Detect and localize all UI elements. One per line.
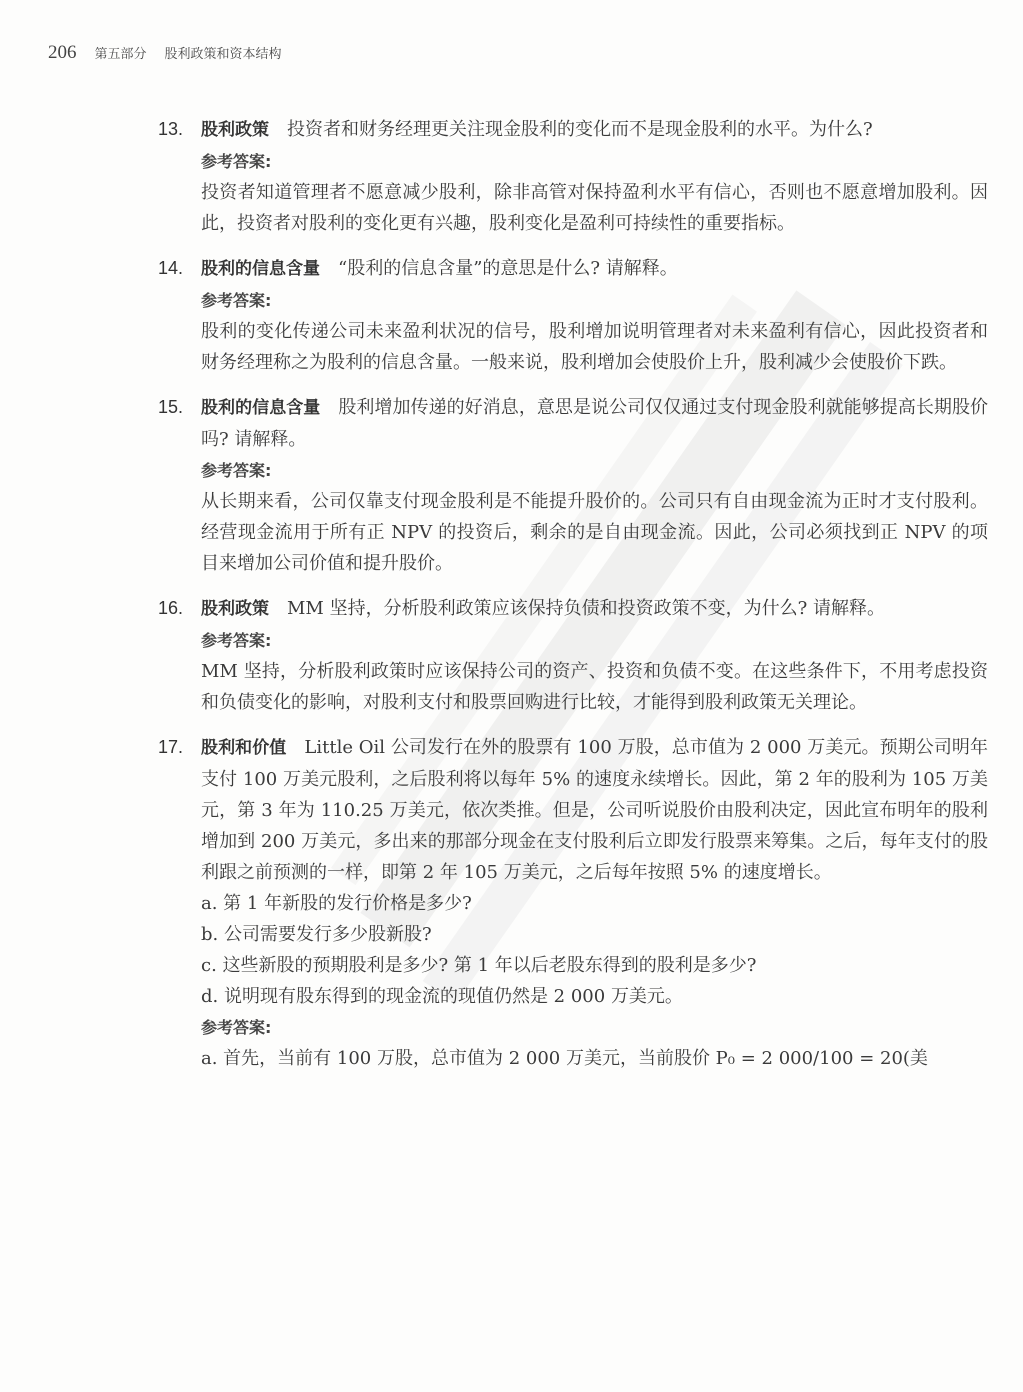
page-content: 13. 股利政策投资者和财务经理更关注现金股利的变化而不是现金股利的水平。为什么…	[158, 114, 988, 1088]
question-number: 13.	[158, 114, 201, 146]
answer-label: 参考答案:	[201, 625, 988, 656]
question-15: 15. 股利的信息含量股利增加传递的好消息，意思是说公司仅仅通过支付现金股利就能…	[158, 392, 988, 579]
question-title: 股利政策	[201, 599, 269, 619]
question-16: 16. 股利政策MM 坚持，分析股利政策应该保持负债和投资政策不变，为什么? 请…	[158, 593, 988, 718]
answer-label: 参考答案:	[201, 1012, 988, 1043]
answer-label: 参考答案:	[201, 455, 988, 486]
question-title: 股利政策	[201, 120, 269, 140]
question-text: “股利的信息含量”的意思是什么? 请解释。	[338, 258, 678, 279]
chapter-title: 股利政策和资本结构	[165, 43, 282, 62]
page-number: 206	[48, 42, 77, 64]
question-number: 17.	[158, 732, 201, 888]
question-13: 13. 股利政策投资者和财务经理更关注现金股利的变化而不是现金股利的水平。为什么…	[158, 114, 988, 239]
running-header: 206 第五部分 股利政策和资本结构	[48, 42, 282, 64]
part-title: 第五部分	[95, 43, 147, 62]
sub-question-a: a. 第 1 年新股的发行价格是多少?	[201, 888, 988, 919]
answer-label: 参考答案:	[201, 146, 988, 177]
question-14: 14. 股利的信息含量“股利的信息含量”的意思是什么? 请解释。 参考答案: 股…	[158, 253, 988, 378]
sub-question-c: c. 这些新股的预期股利是多少? 第 1 年以后老股东得到的股利是多少?	[201, 950, 988, 981]
answer-text: 从长期来看，公司仅靠支付现金股利是不能提升股价的。公司只有自由现金流为正时才支付…	[201, 486, 988, 579]
question-title: 股利的信息含量	[201, 398, 320, 418]
answer-text: MM 坚持，分析股利政策时应该保持公司的资产、投资和负债不变。在这些条件下，不用…	[201, 656, 988, 718]
answer-text-a: a. 首先，当前有 100 万股，总市值为 2 000 万美元，当前股价 P₀ …	[201, 1043, 988, 1074]
question-text: Little Oil 公司发行在外的股票有 100 万股，总市值为 2 000 …	[201, 737, 988, 883]
answer-text: 股利的变化传递公司未来盈利状况的信号，股利增加说明管理者对未来盈利有信心，因此投…	[201, 316, 988, 378]
question-17: 17. 股利和价值Little Oil 公司发行在外的股票有 100 万股，总市…	[158, 732, 988, 1074]
question-number: 16.	[158, 593, 201, 625]
sub-question-b: b. 公司需要发行多少股新股?	[201, 919, 988, 950]
answer-text: 投资者知道管理者不愿意减少股利，除非高管对保持盈利水平有信心，否则也不愿意增加股…	[201, 177, 988, 239]
question-text: 投资者和财务经理更关注现金股利的变化而不是现金股利的水平。为什么?	[287, 119, 873, 140]
question-number: 14.	[158, 253, 201, 285]
question-title: 股利和价值	[201, 738, 286, 758]
sub-question-d: d. 说明现有股东得到的现金流的现值仍然是 2 000 万美元。	[201, 981, 988, 1012]
question-text: MM 坚持，分析股利政策应该保持负债和投资政策不变，为什么? 请解释。	[287, 598, 885, 619]
question-title: 股利的信息含量	[201, 259, 320, 279]
question-number: 15.	[158, 392, 201, 455]
answer-label: 参考答案:	[201, 285, 988, 316]
